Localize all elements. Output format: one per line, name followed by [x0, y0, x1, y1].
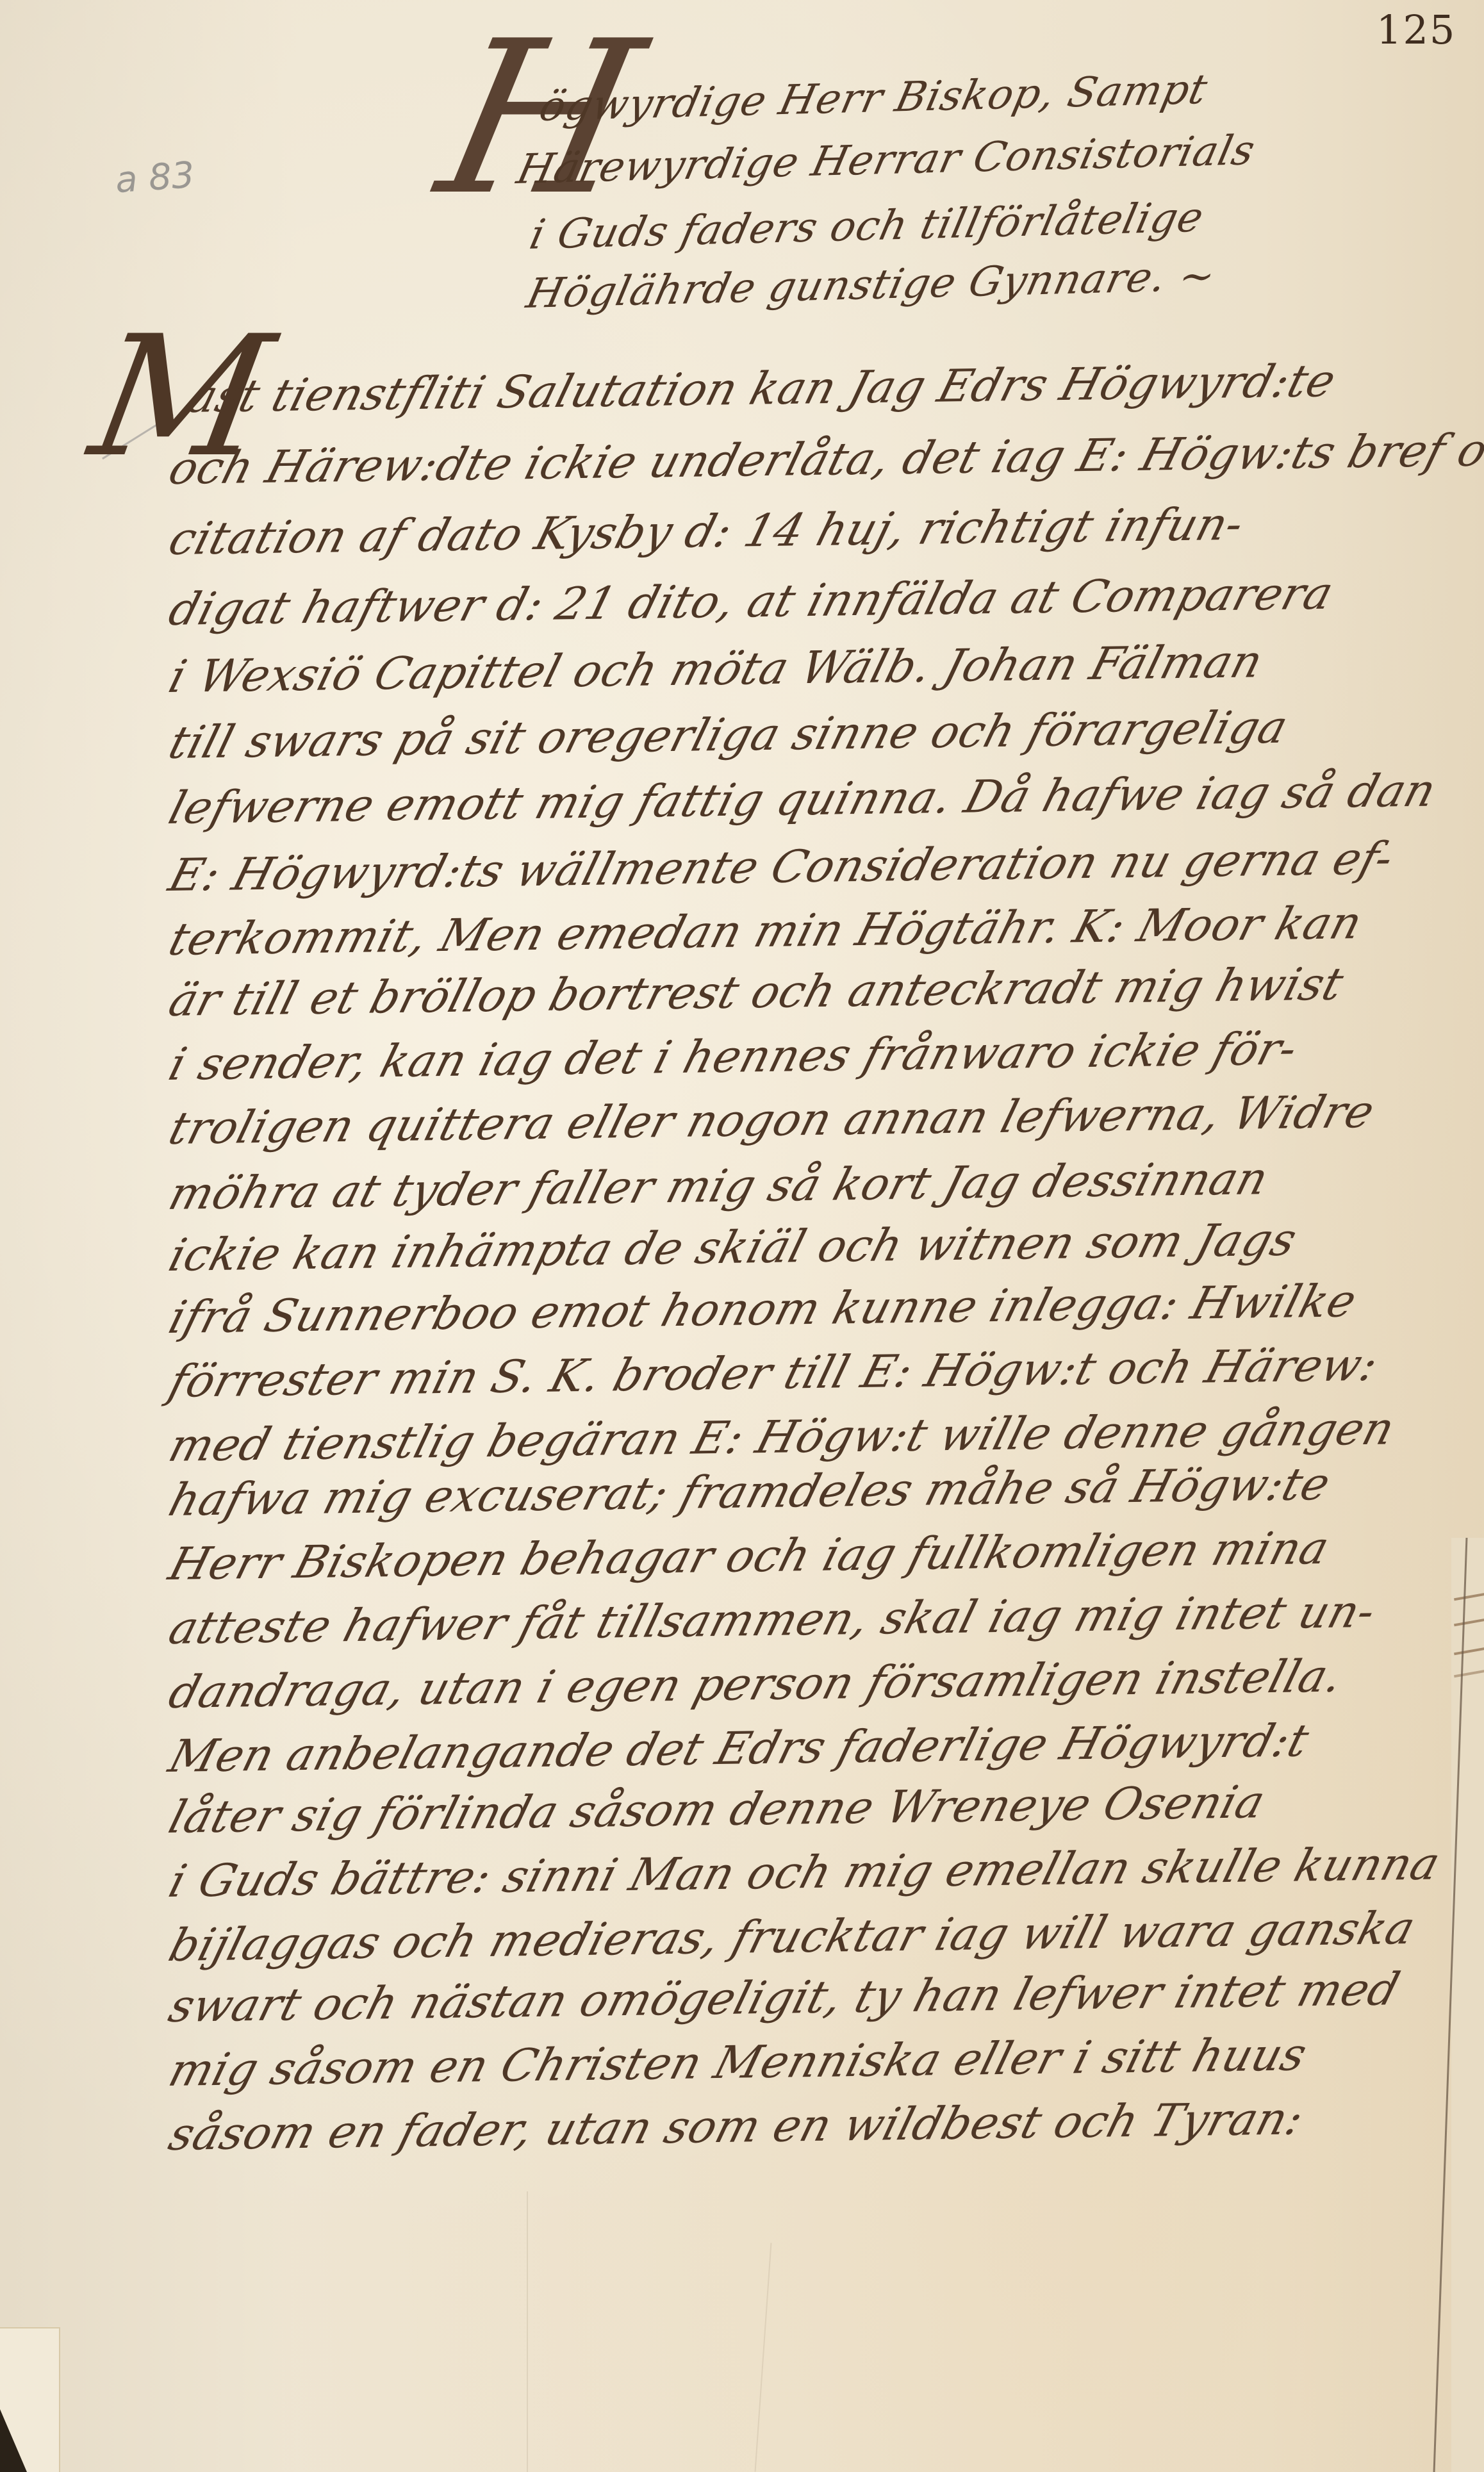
body-line-9: terkommit, Men emedan min Högtähr. K: Mo… [163, 896, 1368, 966]
body-line-27: mig såsom en Christen Menniska eller i s… [163, 2028, 1312, 2097]
body-line-16: förrester min S. K. broder till E: Högw:… [163, 1339, 1384, 1408]
body-line-28: såsom en fader, utan som en wildbest och… [163, 2092, 1310, 2161]
body-line-24: i Guds bättre: sinni Man och mig emellan… [163, 1837, 1446, 1908]
body-line-3: citation af dato Kysby d: 14 huj, richti… [163, 498, 1249, 565]
folio-number: 125 [1376, 6, 1456, 53]
body-line-25: bijlaggas och medieras, frucktar iag wil… [163, 1902, 1421, 1972]
body-line-20: atteste hafwer fåt tillsammen, skal iag … [163, 1585, 1381, 1654]
body-line-10: är till et bröllop bortrest och anteckra… [163, 958, 1349, 1026]
pencil-margin-note: a 83 [114, 154, 196, 201]
body-line-2: och Härew:dte ickie underlåta, det iag E… [163, 423, 1484, 495]
paper-crease [755, 2243, 772, 2471]
body-line-21: dandraga, utan i egen person församligen… [163, 1650, 1349, 1718]
body-line-11: i sender, kan iag det i hennes frånwaro … [163, 1023, 1303, 1091]
body-line-14: ickie kan inhämpta de skiäl och witnen s… [163, 1214, 1303, 1281]
body-line-26: swart och nästan omögeligit, ty han lefw… [163, 1963, 1405, 2032]
body-line-6: till swars på sit oregerliga sinne och f… [163, 701, 1294, 769]
underlying-sheet-edge [1451, 1538, 1484, 2472]
paper-fold-line [527, 2191, 528, 2472]
heading-line-4: Höglährde gunstige Gynnare. ~ [522, 252, 1220, 318]
body-line-19: Herr Biskopen behagar och iag fullkomlig… [163, 1522, 1335, 1590]
body-line-12: troligen quittera eller nogon annan lefw… [163, 1085, 1380, 1155]
body-line-13: möhra at tyder faller mig så kort Jag de… [163, 1152, 1274, 1220]
body-line-23: låter sig förlinda såsom denne Wreneye O… [163, 1776, 1271, 1843]
body-line-5: i Wexsiö Capittel och möta Wälb. Johan F… [163, 635, 1269, 703]
body-line-22: Men anbelangande det Edrs faderlige Högw… [163, 1714, 1315, 1783]
manuscript-page: 125 a 83 H ögwyrdige Herr Biskop, Sampt … [0, 0, 1484, 2472]
body-line-15: ifrå Sunnerboo emot honom kunne inlegga:… [163, 1274, 1362, 1344]
heading-line-3: i Guds faders och tillförlåtelige [525, 194, 1208, 259]
body-line-1: ast tienstfliti Salutation kan Jag Edrs … [183, 354, 1342, 423]
body-line-4: digat haftwer d: 21 dito, at innfälda at… [163, 567, 1339, 636]
body-line-7: lefwerne emott mig fattig quinna. Då haf… [163, 764, 1442, 834]
body-line-8: E: Högwyrd:ts wällmente Consideration nu… [163, 832, 1399, 902]
